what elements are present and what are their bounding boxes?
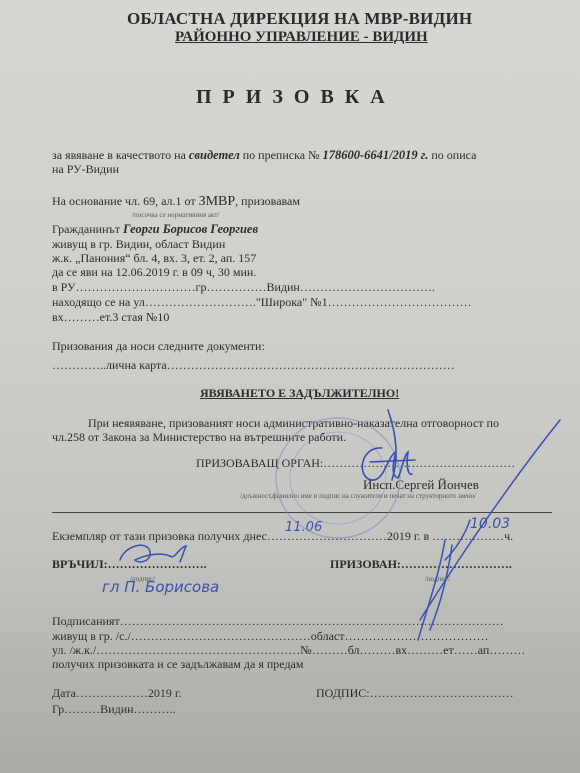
summoned-signature (418, 420, 560, 640)
stamp-and-signatures (0, 0, 580, 773)
official-stamp (276, 418, 400, 538)
summons-document: ОБЛАСТНА ДИРЕКЦИЯ НА МВР-ВИДИН РАЙОННО У… (0, 0, 580, 773)
handed-by-signature (120, 545, 186, 562)
issuer-signature (362, 410, 415, 480)
